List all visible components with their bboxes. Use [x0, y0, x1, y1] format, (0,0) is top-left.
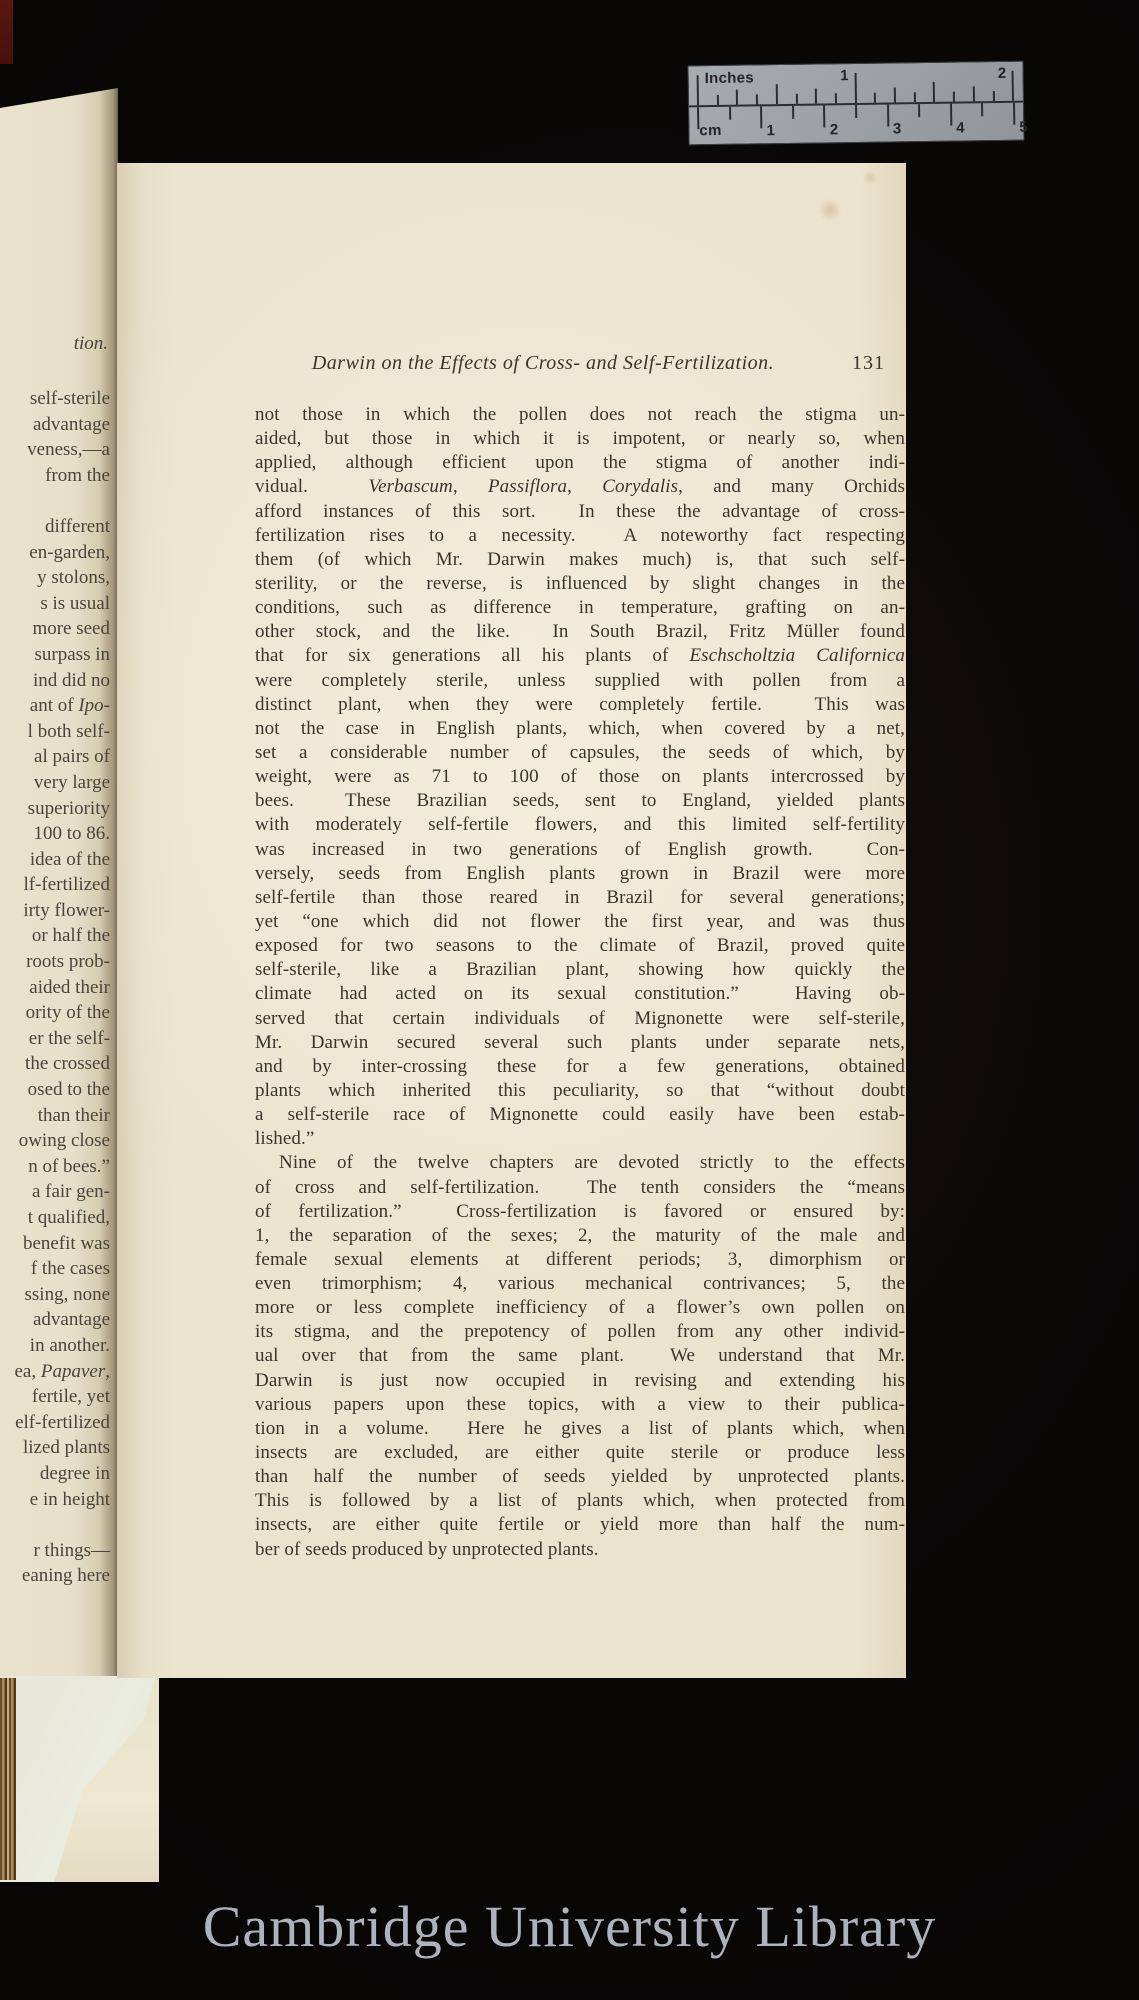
text-line: self-fertile than those reared in Brazil… — [255, 886, 905, 910]
inch-tick — [717, 95, 719, 105]
text-line: even trimorphism; 4, various mechanical … — [255, 1272, 905, 1296]
left-page-line: advantage — [0, 412, 110, 438]
left-page-line: ant of Ipo- — [0, 693, 110, 719]
inch-number: 1 — [840, 67, 849, 84]
left-page-line: than their — [0, 1103, 110, 1129]
cm-tick — [918, 104, 920, 117]
inch-number: 2 — [998, 65, 1007, 82]
left-page-line: n of bees.” — [0, 1154, 110, 1180]
left-page-line: superiority — [0, 796, 110, 822]
text-line: sterility, or the reverse, is influenced… — [255, 572, 905, 596]
inch-tick — [756, 94, 758, 104]
text-line: afford instances of this sort. In these … — [255, 500, 905, 524]
text-line: versely, seeds from English plants grown… — [255, 862, 905, 886]
inch-tick — [894, 87, 896, 102]
cm-tick — [855, 105, 857, 118]
cm-tick — [823, 105, 825, 127]
cm-tick — [792, 106, 794, 119]
inch-tick — [854, 73, 856, 103]
text-line: bees. These Brazilian seeds, sent to Eng… — [255, 789, 905, 813]
page-body: not those in which the pollen does not r… — [255, 403, 905, 1562]
left-page-edge: tion. self-sterileadvantageveness,—afrom… — [0, 88, 118, 1680]
paragraph: not those in which the pollen does not r… — [255, 403, 905, 1151]
inch-tick — [835, 93, 837, 103]
left-page-line: eaning here — [0, 1563, 110, 1589]
cm-tick — [1013, 103, 1015, 125]
text-line: Nine of the twelve chapters are devoted … — [255, 1151, 905, 1175]
paragraph: Nine of the twelve chapters are devoted … — [255, 1151, 905, 1561]
left-page-line: osed to the — [0, 1077, 110, 1103]
ruler-inches-label: Inches — [705, 69, 755, 87]
left-page-line: ority of the — [0, 1000, 110, 1026]
text-line: than half the number of seeds yielded by… — [255, 1465, 905, 1489]
text-line: of cross and self-fertilization. The ten… — [255, 1176, 905, 1200]
cm-tick — [729, 107, 731, 120]
left-page-line: benefit was — [0, 1231, 110, 1257]
text-line: its stigma, and the prepotency of pollen… — [255, 1320, 905, 1344]
text-line: was increased in two generations of Engl… — [255, 838, 905, 862]
text-line: Mr. Darwin secured several such plants u… — [255, 1031, 905, 1055]
text-line: fertilization rises to a necessity. A no… — [255, 524, 905, 548]
left-page-line: more seed — [0, 616, 110, 642]
left-page-line: in another. — [0, 1333, 110, 1359]
text-line: and by inter-crossing these for a few ge… — [255, 1055, 905, 1079]
cm-tick — [697, 107, 699, 129]
cm-number: 1 — [766, 122, 775, 139]
left-page-line: very large — [0, 770, 110, 796]
text-line: not the case in English plants, which, w… — [255, 717, 905, 741]
left-page-line: owing close — [0, 1128, 110, 1154]
left-page-line: en-garden, — [0, 540, 110, 566]
left-page-line — [0, 488, 110, 514]
left-page-line: the crossed — [0, 1051, 110, 1077]
text-line: other stock, and the like. In South Braz… — [255, 620, 905, 644]
text-line: lished.” — [255, 1127, 905, 1151]
text-line: climate had acted on its sexual constitu… — [255, 982, 905, 1006]
left-page-line: self-sterile — [0, 386, 110, 412]
text-line: aided, but those in which it is impotent… — [255, 427, 905, 451]
inch-tick — [914, 92, 916, 102]
inch-tick — [795, 94, 797, 104]
left-page-header-fragment: tion. — [0, 333, 108, 355]
left-page-line: y stolons, — [0, 565, 110, 591]
left-page-line: lf-fertilized — [0, 872, 110, 898]
left-page-line: lized plants — [0, 1435, 110, 1461]
running-header: Darwin on the Effects of Cross- and Self… — [255, 352, 905, 378]
inch-tick — [736, 90, 738, 105]
left-page-line: or half the — [0, 923, 110, 949]
text-line: ber of seeds produced by unprotected pla… — [255, 1538, 905, 1562]
left-page-line: veness,—a — [0, 437, 110, 463]
foxing-spot — [862, 171, 878, 185]
inch-tick — [933, 82, 935, 102]
left-page-line: elf-fertilized — [0, 1410, 110, 1436]
text-line: not those in which the pollen does not r… — [255, 403, 905, 427]
ruler-cm-ticks: 12345 — [688, 62, 1022, 67]
inch-tick — [1012, 71, 1014, 101]
library-watermark: Cambridge University Library — [0, 1893, 1139, 1960]
left-page-line: ind did no — [0, 668, 110, 694]
cm-number: 3 — [893, 120, 902, 137]
book-spine-corner — [0, 0, 13, 64]
cm-tick — [760, 106, 762, 128]
left-page-line: degree in — [0, 1461, 110, 1487]
foxing-spot — [817, 199, 843, 221]
inch-tick — [992, 91, 994, 101]
cm-number: 2 — [830, 121, 839, 138]
inch-tick — [776, 84, 778, 104]
inch-tick — [697, 75, 699, 105]
cm-number: 4 — [956, 119, 965, 136]
text-line: set a considerable number of capsules, t… — [255, 741, 905, 765]
left-page-line — [0, 1512, 110, 1538]
left-page-line: a fair gen- — [0, 1179, 110, 1205]
page-edges — [0, 1678, 16, 1880]
left-page-line: surpass in — [0, 642, 110, 668]
cm-tick — [887, 105, 889, 127]
text-line: tion in a volume. Here he gives a list o… — [255, 1417, 905, 1441]
left-page-line: r things— — [0, 1538, 110, 1564]
left-page-line: s is usual — [0, 591, 110, 617]
left-page-line: ssing, none — [0, 1282, 110, 1308]
text-line: vidual. Verbascum, Passiflora, Corydalis… — [255, 475, 905, 499]
text-line: served that certain individuals of Migno… — [255, 1007, 905, 1031]
left-page-lines: self-sterileadvantageveness,—afrom thedi… — [0, 386, 110, 1589]
text-line: This is followed by a list of plants whi… — [255, 1489, 905, 1513]
left-page-line: from the — [0, 463, 110, 489]
text-line: a self-sterile race of Mignonette could … — [255, 1103, 905, 1127]
cm-tick — [981, 103, 983, 116]
text-line: were completely sterile, unless supplied… — [255, 669, 905, 693]
ruler-cm-label: cm — [699, 122, 722, 139]
inch-tick — [953, 92, 955, 102]
left-page-line: irty flower- — [0, 898, 110, 924]
left-page-line: different — [0, 514, 110, 540]
left-page-line: ea, Papaver, — [0, 1359, 110, 1385]
text-line: weight, were as 71 to 100 of those on pl… — [255, 765, 905, 789]
text-line: self-sterile, like a Brazilian plant, sh… — [255, 958, 905, 982]
cm-tick — [950, 104, 952, 126]
left-page-line: aided their — [0, 975, 110, 1001]
inch-tick — [874, 93, 876, 103]
text-line: insects, are either quite fertile or yie… — [255, 1513, 905, 1537]
left-page-line: al pairs of — [0, 744, 110, 770]
ruler-inch-ticks: 12 — [688, 62, 1022, 67]
text-line: distinct plant, when they were completel… — [255, 693, 905, 717]
book-page: Darwin on the Effects of Cross- and Self… — [117, 163, 906, 1678]
text-line: exposed for two seasons to the climate o… — [255, 934, 905, 958]
inch-tick — [815, 89, 817, 104]
cm-number: 5 — [1019, 119, 1028, 136]
left-page-line: l both self- — [0, 719, 110, 745]
text-line: of fertilization.” Cross-fertilization i… — [255, 1200, 905, 1224]
left-page-line: fertile, yet — [0, 1384, 110, 1410]
text-line: 1, the separation of the sexes; 2, the m… — [255, 1224, 905, 1248]
left-page-line: roots prob- — [0, 949, 110, 975]
left-page-line: er the self- — [0, 1026, 110, 1052]
text-line: that for six generations all his plants … — [255, 644, 905, 668]
left-page-line: t qualified, — [0, 1205, 110, 1231]
left-page-line: advantage — [0, 1307, 110, 1333]
page-title: Darwin on the Effects of Cross- and Self… — [255, 352, 831, 375]
text-line: female sexual elements at different peri… — [255, 1248, 905, 1272]
text-line: insects are excluded, are either quite s… — [255, 1441, 905, 1465]
left-page-line: f the cases — [0, 1256, 110, 1282]
left-page-line: e in height — [0, 1487, 110, 1513]
text-line: Darwin is just now occupied in revising … — [255, 1369, 905, 1393]
left-page-line: idea of the — [0, 847, 110, 873]
text-line: plants which inherited this peculiarity,… — [255, 1079, 905, 1103]
text-line: with moderately self-fertile flowers, an… — [255, 813, 905, 837]
text-line: more or less complete inefficiency of a … — [255, 1296, 905, 1320]
text-line: ual over that from the same plant. We un… — [255, 1344, 905, 1368]
ruler: Inches cm 12 12345 — [687, 61, 1024, 146]
text-line: various papers upon these topics, with a… — [255, 1393, 905, 1417]
inch-tick — [973, 86, 975, 101]
text-line: them (of which Mr. Darwin makes much) is… — [255, 548, 905, 572]
text-line: yet “one which did not flower the first … — [255, 910, 905, 934]
page-number: 131 — [852, 352, 885, 375]
photo-scene: Inches cm 12 12345 tion. self-sterileadv… — [0, 0, 1139, 2000]
text-line: applied, although efficient upon the sti… — [255, 451, 905, 475]
left-page-line: 100 to 86. — [0, 821, 110, 847]
text-line: conditions, such as difference in temper… — [255, 596, 905, 620]
